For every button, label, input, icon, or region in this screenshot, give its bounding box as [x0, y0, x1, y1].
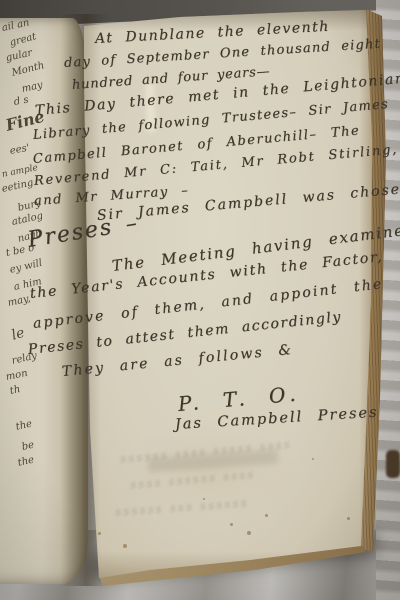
- photo-manuscript-book: ail an great gular Month may d s Fine ee…: [0, 0, 400, 600]
- photo-vignette: [0, 0, 400, 600]
